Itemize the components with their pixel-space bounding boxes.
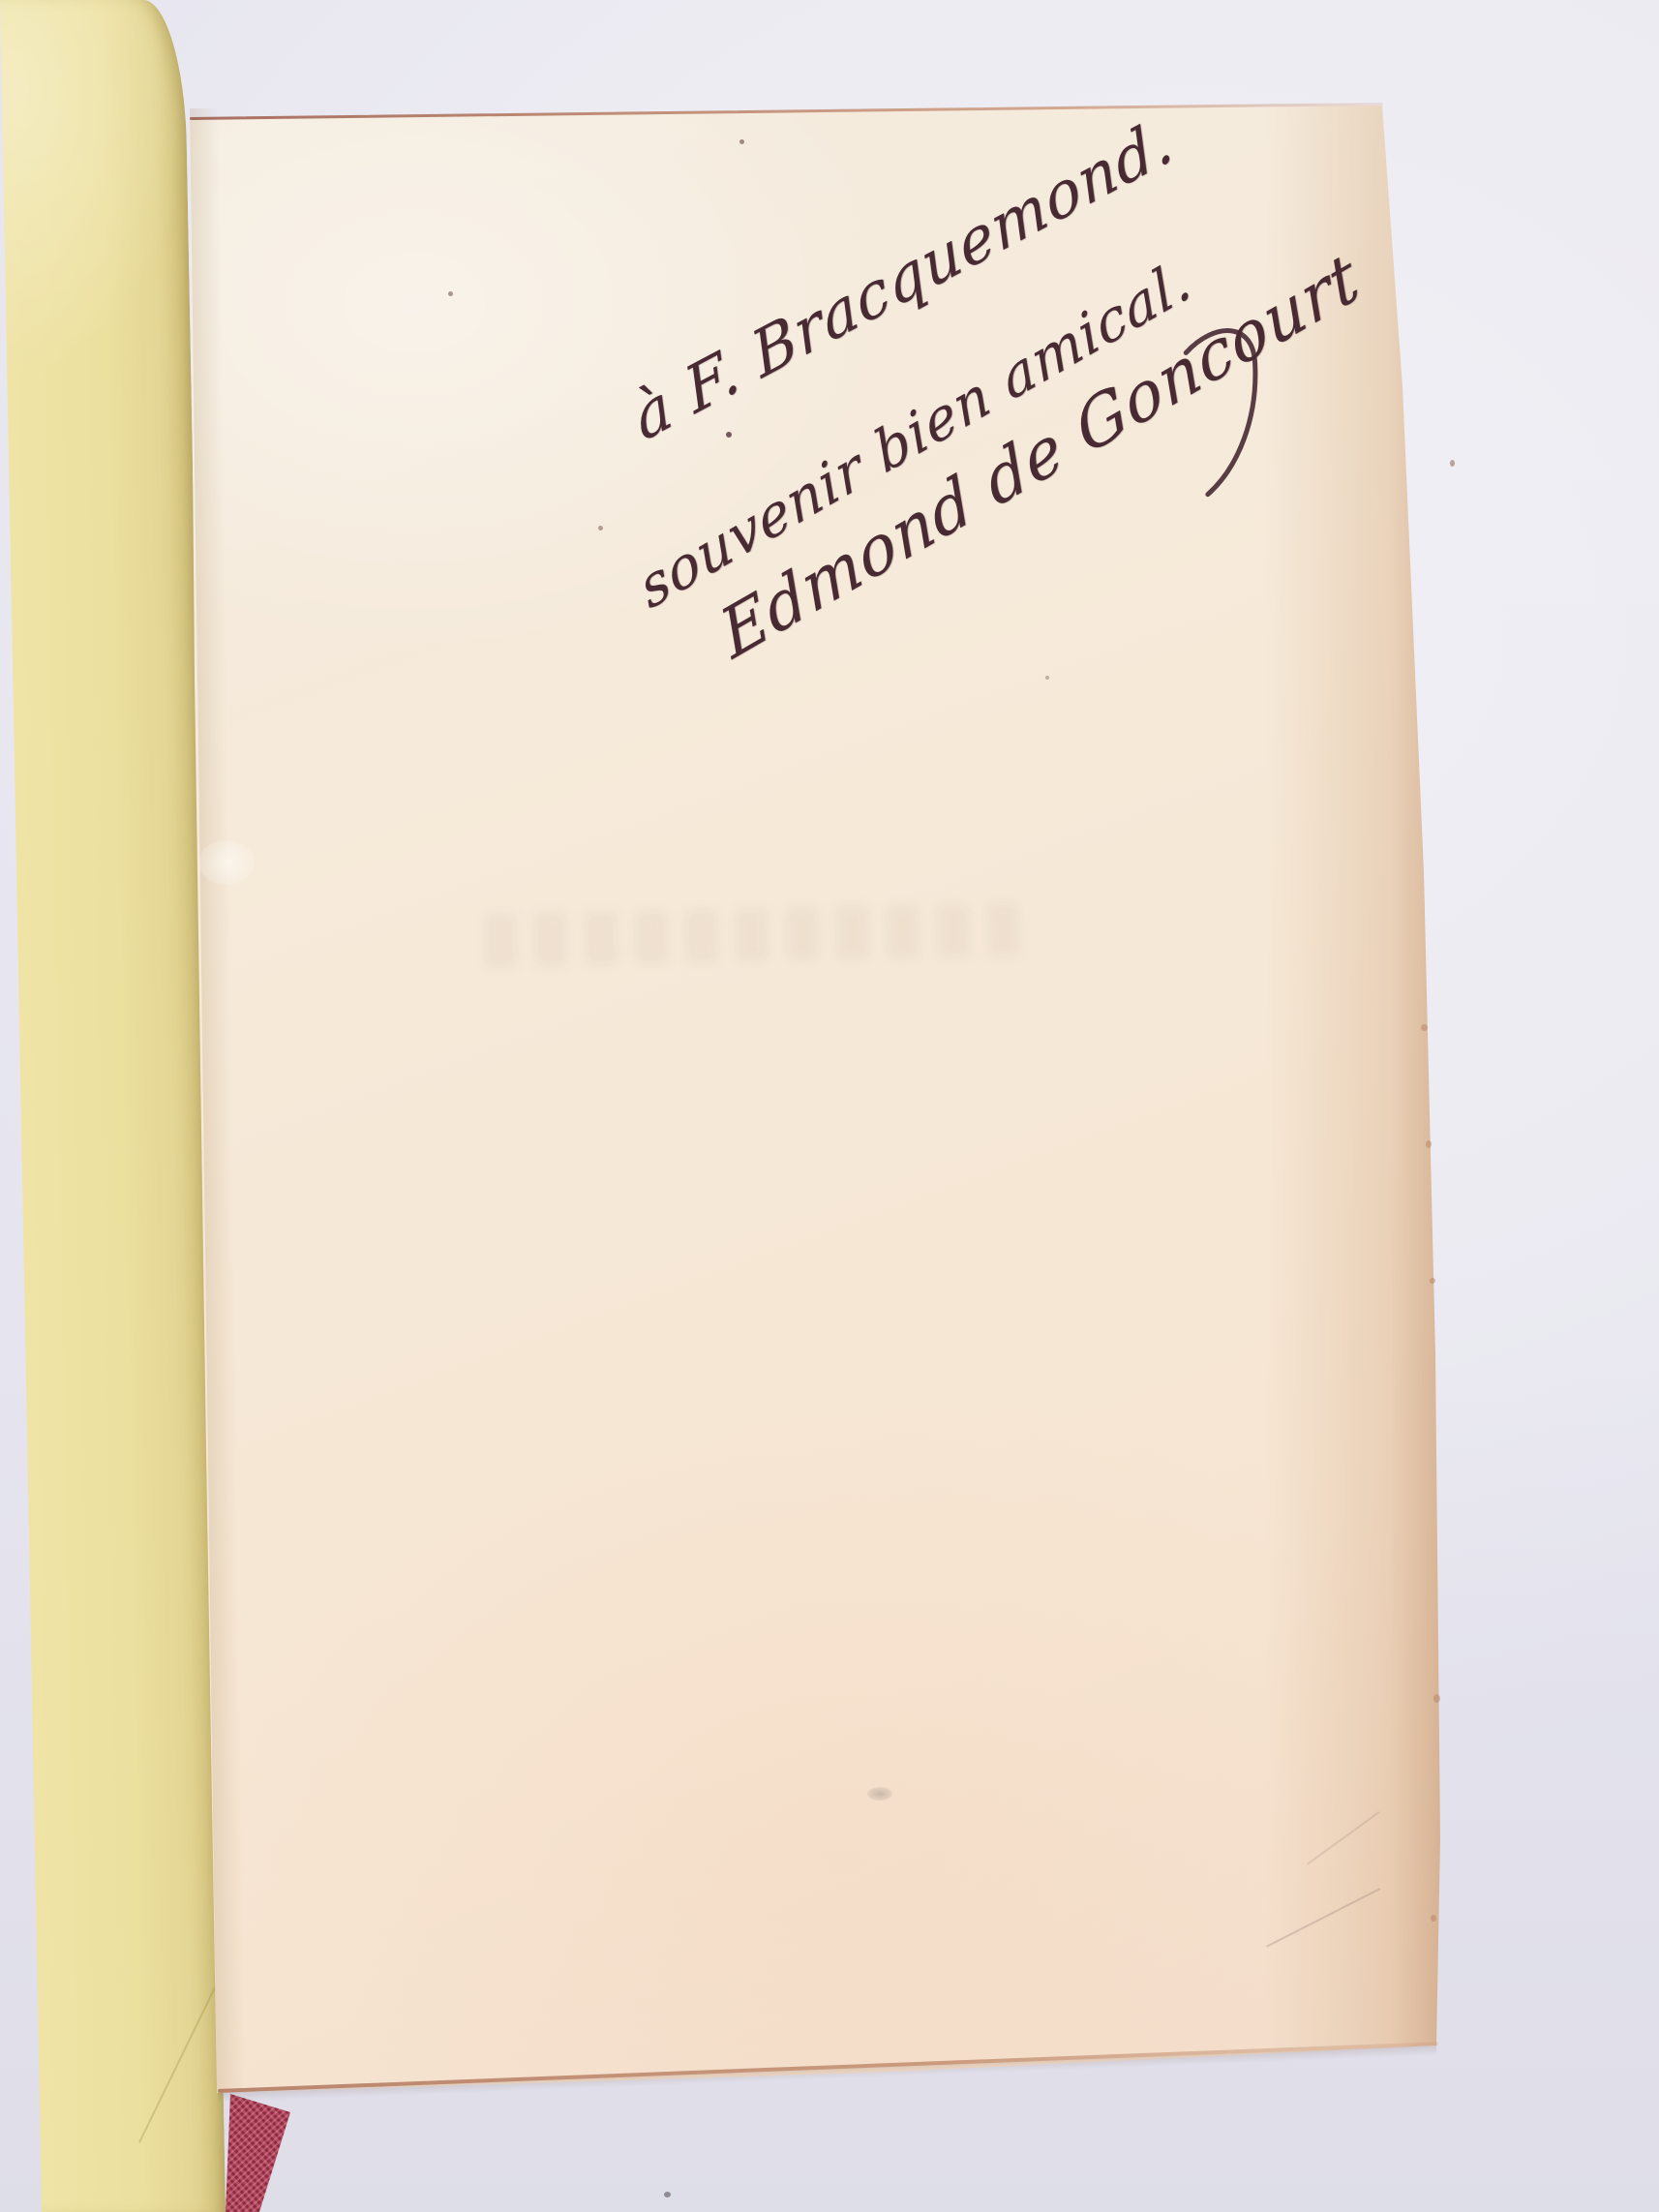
foxing-speck bbox=[1045, 676, 1049, 680]
paper-stain bbox=[198, 840, 255, 885]
deckle-chip bbox=[1426, 1140, 1432, 1148]
foxing-speck bbox=[1450, 460, 1455, 467]
paper-smudge bbox=[867, 1787, 892, 1801]
deckle-chip bbox=[1421, 1024, 1428, 1031]
deckle-chip bbox=[1431, 1915, 1436, 1922]
ink-speck bbox=[739, 139, 744, 144]
title-show-through bbox=[483, 902, 1026, 968]
ink-speck bbox=[598, 526, 603, 530]
deckle-chip bbox=[1433, 1694, 1440, 1703]
deckle-chip bbox=[1430, 1278, 1435, 1284]
ink-speck bbox=[448, 291, 453, 296]
edge-speck bbox=[664, 2192, 671, 2197]
ink-dot-after-initial bbox=[726, 432, 732, 438]
